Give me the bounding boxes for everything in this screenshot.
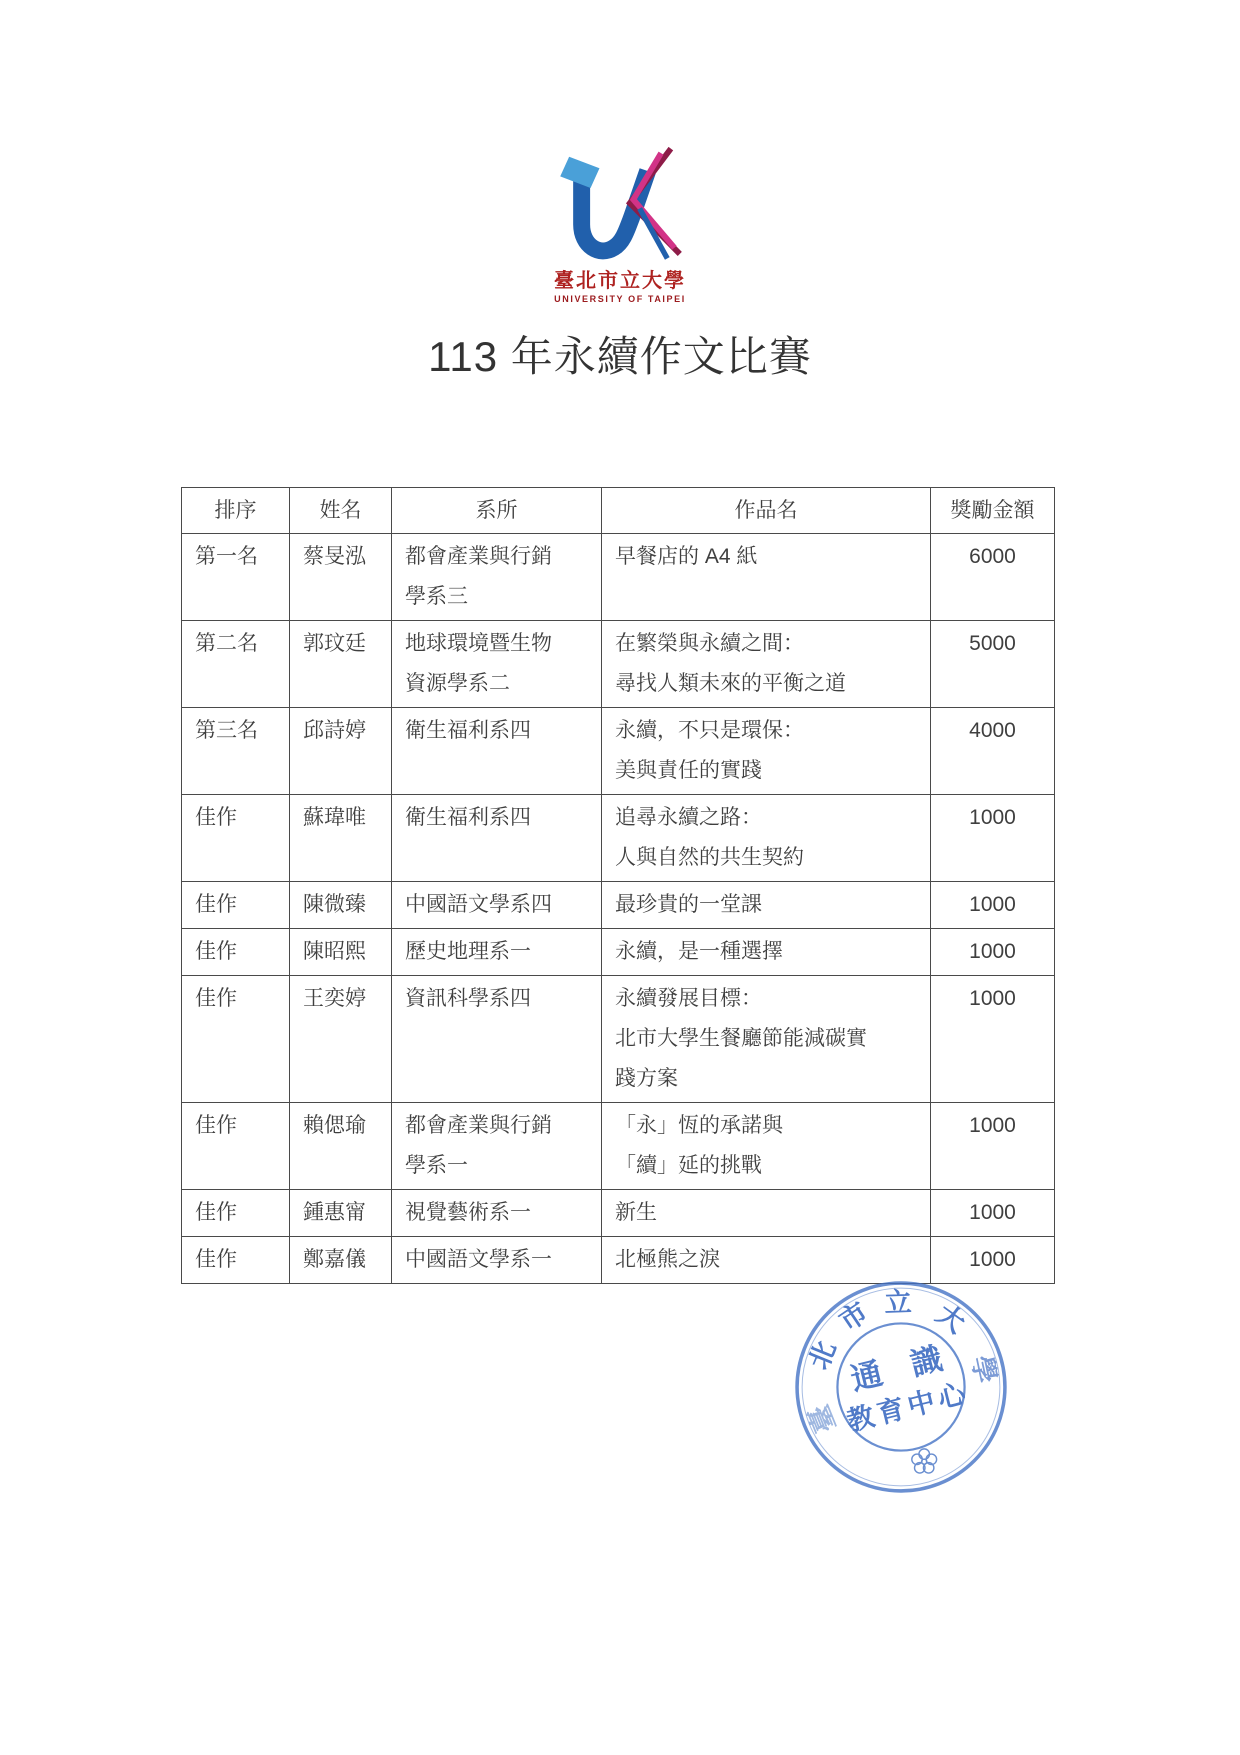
name-cell: 郭玟廷 xyxy=(290,621,392,708)
header-amount: 獎勵金額 xyxy=(931,488,1055,534)
rank-cell: 佳作 xyxy=(182,1190,290,1237)
dept-cell: 資訊科學系四 xyxy=(392,976,602,1103)
page-title: 113 年永續作文比賽 xyxy=(0,324,1240,384)
rank-cell: 佳作 xyxy=(182,795,290,882)
dept-cell: 衛生福利系四 xyxy=(392,708,602,795)
amount-cell: 1000 xyxy=(931,1190,1055,1237)
rank-cell: 第二名 xyxy=(182,621,290,708)
amount-cell: 1000 xyxy=(931,929,1055,976)
stamp-ring-char: 臺 xyxy=(804,1400,842,1436)
work-cell: 永續，是一種選擇 xyxy=(602,929,931,976)
rank-cell: 佳作 xyxy=(182,882,290,929)
dept-cell: 地球環境暨生物 資源學系二 xyxy=(392,621,602,708)
name-cell: 賴偲瑜 xyxy=(290,1103,392,1190)
name-cell: 陳微臻 xyxy=(290,882,392,929)
rank-cell: 佳作 xyxy=(182,929,290,976)
name-cell: 陳昭熙 xyxy=(290,929,392,976)
document-page: 臺北市立大學 UNIVERSITY OF TAIPEI 113 年永續作文比賽 … xyxy=(0,0,1240,1755)
work-cell: 永續，不只是環保： 美與責任的實踐 xyxy=(602,708,931,795)
amount-cell: 1000 xyxy=(931,1103,1055,1190)
rank-cell: 第一名 xyxy=(182,534,290,621)
rank-cell: 第三名 xyxy=(182,708,290,795)
work-cell: 在繁榮與永續之間： 尋找人類未來的平衡之道 xyxy=(602,621,931,708)
table-row: 佳作 陳微臻 中國語文學系四 最珍貴的一堂課 1000 xyxy=(182,882,1055,929)
plum-blossom-icon xyxy=(912,1449,937,1473)
work-cell: 早餐店的 A4 紙 xyxy=(602,534,931,621)
amount-cell: 5000 xyxy=(931,621,1055,708)
table-header-row: 排序 姓名 系所 作品名 獎勵金額 xyxy=(182,488,1055,534)
dept-cell: 中國語文學系四 xyxy=(392,882,602,929)
rank-cell: 佳作 xyxy=(182,1103,290,1190)
table-row: 佳作 陳昭熙 歷史地理系一 永續，是一種選擇 1000 xyxy=(182,929,1055,976)
university-name-en: UNIVERSITY OF TAIPEI xyxy=(0,294,1240,304)
table-row: 佳作 鍾惠甯 視覺藝術系一 新生 1000 xyxy=(182,1190,1055,1237)
amount-cell: 1000 xyxy=(931,976,1055,1103)
work-cell: 「永」恆的承諾與 「續」延的挑戰 xyxy=(602,1103,931,1190)
table-row: 第一名 蔡旻泓 都會產業與行銷 學系三 早餐店的 A4 紙 6000 xyxy=(182,534,1055,621)
table-row: 佳作 王奕婷 資訊科學系四 永續發展目標： 北市大學生餐廳節能減碳實 踐方案 1… xyxy=(182,976,1055,1103)
awards-table: 排序 姓名 系所 作品名 獎勵金額 第一名 蔡旻泓 都會產業與行銷 學系三 早餐… xyxy=(181,487,1055,1284)
table-row: 第三名 邱詩婷 衛生福利系四 永續，不只是環保： 美與責任的實踐 4000 xyxy=(182,708,1055,795)
stamp-ring-char: 立 xyxy=(884,1287,912,1318)
name-cell: 王奕婷 xyxy=(290,976,392,1103)
dept-cell: 衛生福利系四 xyxy=(392,795,602,882)
work-cell: 新生 xyxy=(602,1190,931,1237)
table-row: 佳作 賴偲瑜 都會產業與行銷 學系一 「永」恆的承諾與 「續」延的挑戰 1000 xyxy=(182,1103,1055,1190)
dept-cell: 中國語文學系一 xyxy=(392,1237,602,1284)
name-cell: 蘇瑋唯 xyxy=(290,795,392,882)
name-cell: 鄭嘉儀 xyxy=(290,1237,392,1284)
university-name-zh: 臺北市立大學 xyxy=(0,264,1240,293)
name-cell: 蔡旻泓 xyxy=(290,534,392,621)
stamp-ring-char: 北 xyxy=(804,1337,842,1373)
header-dept: 系所 xyxy=(392,488,602,534)
name-cell: 鍾惠甯 xyxy=(290,1190,392,1237)
table-row: 佳作 蘇瑋唯 衛生福利系四 追尋永續之路： 人與自然的共生契約 1000 xyxy=(182,795,1055,882)
university-logo: 臺北市立大學 UNIVERSITY OF TAIPEI xyxy=(0,146,1240,304)
university-logo-icon xyxy=(553,146,687,262)
official-seal-stamp: 臺 北 市 立 大 學 通識 教育中心 xyxy=(790,1276,1012,1498)
amount-cell: 1000 xyxy=(931,882,1055,929)
amount-cell: 6000 xyxy=(931,534,1055,621)
work-cell: 追尋永續之路： 人與自然的共生契約 xyxy=(602,795,931,882)
header-rank: 排序 xyxy=(182,488,290,534)
rank-cell: 佳作 xyxy=(182,976,290,1103)
amount-cell: 4000 xyxy=(931,708,1055,795)
dept-cell: 都會產業與行銷 學系一 xyxy=(392,1103,602,1190)
dept-cell: 歷史地理系一 xyxy=(392,929,602,976)
header-name: 姓名 xyxy=(290,488,392,534)
name-cell: 邱詩婷 xyxy=(290,708,392,795)
rank-cell: 佳作 xyxy=(182,1237,290,1284)
work-cell: 最珍貴的一堂課 xyxy=(602,882,931,929)
dept-cell: 視覺藝術系一 xyxy=(392,1190,602,1237)
amount-cell: 1000 xyxy=(931,795,1055,882)
header-work: 作品名 xyxy=(602,488,931,534)
work-cell: 永續發展目標： 北市大學生餐廳節能減碳實 踐方案 xyxy=(602,976,931,1103)
dept-cell: 都會產業與行銷 學系三 xyxy=(392,534,602,621)
table-row: 第二名 郭玟廷 地球環境暨生物 資源學系二 在繁榮與永續之間： 尋找人類未來的平… xyxy=(182,621,1055,708)
